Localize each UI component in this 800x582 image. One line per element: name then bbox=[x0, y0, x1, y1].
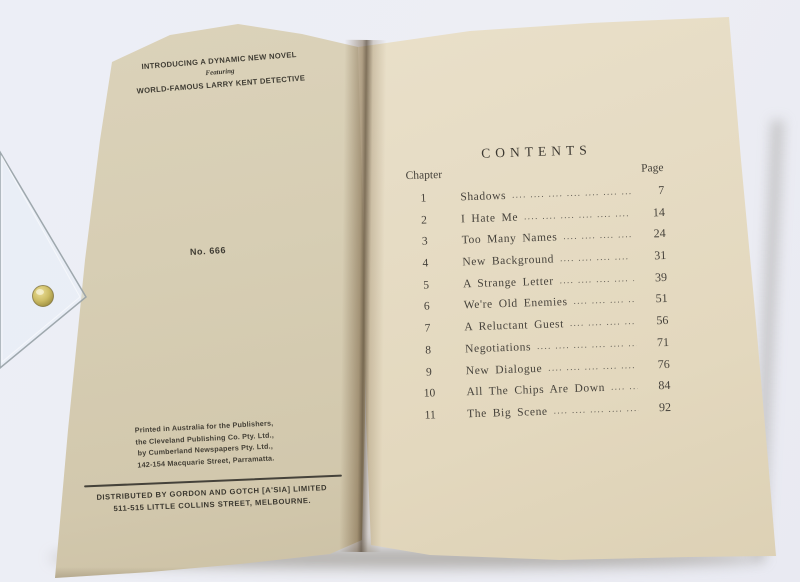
toc-chapter-number: 1 bbox=[406, 192, 440, 205]
toc-page-number: 7 bbox=[638, 183, 664, 199]
toc-chapter-number: 7 bbox=[410, 322, 444, 335]
toc-chapter-number: 6 bbox=[410, 300, 444, 313]
toc-page-number: 39 bbox=[641, 270, 667, 286]
toc-leader-dots: .... .... .... .... .... .... .... .... … bbox=[573, 294, 634, 306]
toc-title: New Background bbox=[462, 254, 554, 269]
table-row: 1 Shadows .... .... .... .... .... .... … bbox=[406, 183, 664, 203]
table-row: 4 New Background .... .... .... .... ...… bbox=[408, 248, 666, 268]
toc-chapter-number: 8 bbox=[411, 344, 445, 357]
toc-chapter-number: 9 bbox=[412, 365, 446, 378]
toc-leader-dots: .... .... .... .... .... .... .... .... … bbox=[560, 251, 634, 263]
page-column-label: Page bbox=[641, 162, 664, 175]
toc-title: Too Many Names bbox=[462, 232, 558, 247]
brass-pin bbox=[33, 286, 54, 307]
contents-block: CONTENTS Chapter Page 1 Shadows .... ...… bbox=[405, 140, 671, 420]
toc-title: Negotiations bbox=[465, 341, 531, 355]
toc-leader-dots: .... .... .... .... .... .... .... .... … bbox=[563, 229, 633, 241]
contents-column-labels: Chapter Page bbox=[405, 162, 663, 182]
printer-imprint: Printed in Australia for the Publishers,… bbox=[123, 417, 287, 471]
table-row: 9 New Dialogue .... .... .... .... .... … bbox=[412, 356, 670, 376]
contents-rows: 1 Shadows .... .... .... .... .... .... … bbox=[406, 183, 671, 420]
toc-page-number: 76 bbox=[643, 356, 669, 372]
toc-leader-dots: .... .... .... .... .... .... .... .... … bbox=[559, 273, 634, 285]
toc-leader-dots: .... .... .... .... .... .... .... .... … bbox=[512, 186, 632, 200]
toc-page-number: 51 bbox=[641, 291, 667, 307]
table-row: 3 Too Many Names .... .... .... .... ...… bbox=[408, 226, 666, 246]
table-row: 5 A Strange Letter .... .... .... .... .… bbox=[409, 270, 667, 290]
toc-page-number: 14 bbox=[639, 205, 665, 221]
toc-title: All The Chips Are Down bbox=[466, 382, 605, 398]
book-photo: INTRODUCING A DYNAMIC NEW NOVEL Featurin… bbox=[0, 0, 800, 582]
toc-page-number: 31 bbox=[640, 248, 666, 264]
toc-chapter-number: 10 bbox=[412, 387, 446, 400]
table-row: 7 A Reluctant Guest .... .... .... .... … bbox=[410, 313, 668, 333]
book-gutter-shadow bbox=[339, 40, 386, 552]
chapter-column-label: Chapter bbox=[405, 169, 442, 182]
toc-page-number: 92 bbox=[645, 400, 671, 416]
toc-page-number: 56 bbox=[642, 313, 668, 329]
toc-title: A Reluctant Guest bbox=[464, 318, 564, 333]
toc-page-number: 84 bbox=[644, 378, 670, 394]
toc-chapter-number: 3 bbox=[408, 235, 442, 248]
table-row: 8 Negotiations .... .... .... .... .... … bbox=[411, 335, 669, 355]
toc-chapter-number: 4 bbox=[408, 257, 442, 270]
toc-title: New Dialogue bbox=[466, 362, 543, 376]
table-row: 2 I Hate Me .... .... .... .... .... ...… bbox=[407, 205, 665, 225]
table-row: 10 All The Chips Are Down .... .... ....… bbox=[412, 378, 670, 398]
toc-title: A Strange Letter bbox=[463, 275, 554, 290]
toc-page-number: 24 bbox=[639, 226, 665, 242]
toc-leader-dots: .... .... .... .... .... .... .... .... … bbox=[570, 316, 636, 328]
toc-chapter-number: 11 bbox=[413, 409, 447, 422]
toc-title: Shadows bbox=[460, 190, 506, 203]
toc-page-number: 71 bbox=[643, 335, 669, 351]
table-row: 6 We're Old Enemies .... .... .... .... … bbox=[410, 291, 668, 311]
acrylic-sheet bbox=[0, 152, 86, 368]
toc-leader-dots: .... .... .... .... .... .... .... .... … bbox=[611, 381, 638, 392]
toc-leader-dots: .... .... .... .... .... .... .... .... … bbox=[537, 338, 636, 351]
toc-title: I Hate Me bbox=[461, 211, 518, 225]
toc-title: The Big Scene bbox=[467, 406, 548, 421]
toc-title: We're Old Enemies bbox=[464, 297, 568, 312]
toc-chapter-number: 2 bbox=[407, 214, 441, 227]
toc-leader-dots: .... .... .... .... .... .... .... .... … bbox=[524, 208, 632, 221]
toc-leader-dots: .... .... .... .... .... .... .... .... … bbox=[548, 359, 637, 372]
brass-pin-highlight bbox=[36, 289, 44, 295]
toc-chapter-number: 5 bbox=[409, 279, 443, 292]
acrylic-clip bbox=[0, 140, 120, 380]
